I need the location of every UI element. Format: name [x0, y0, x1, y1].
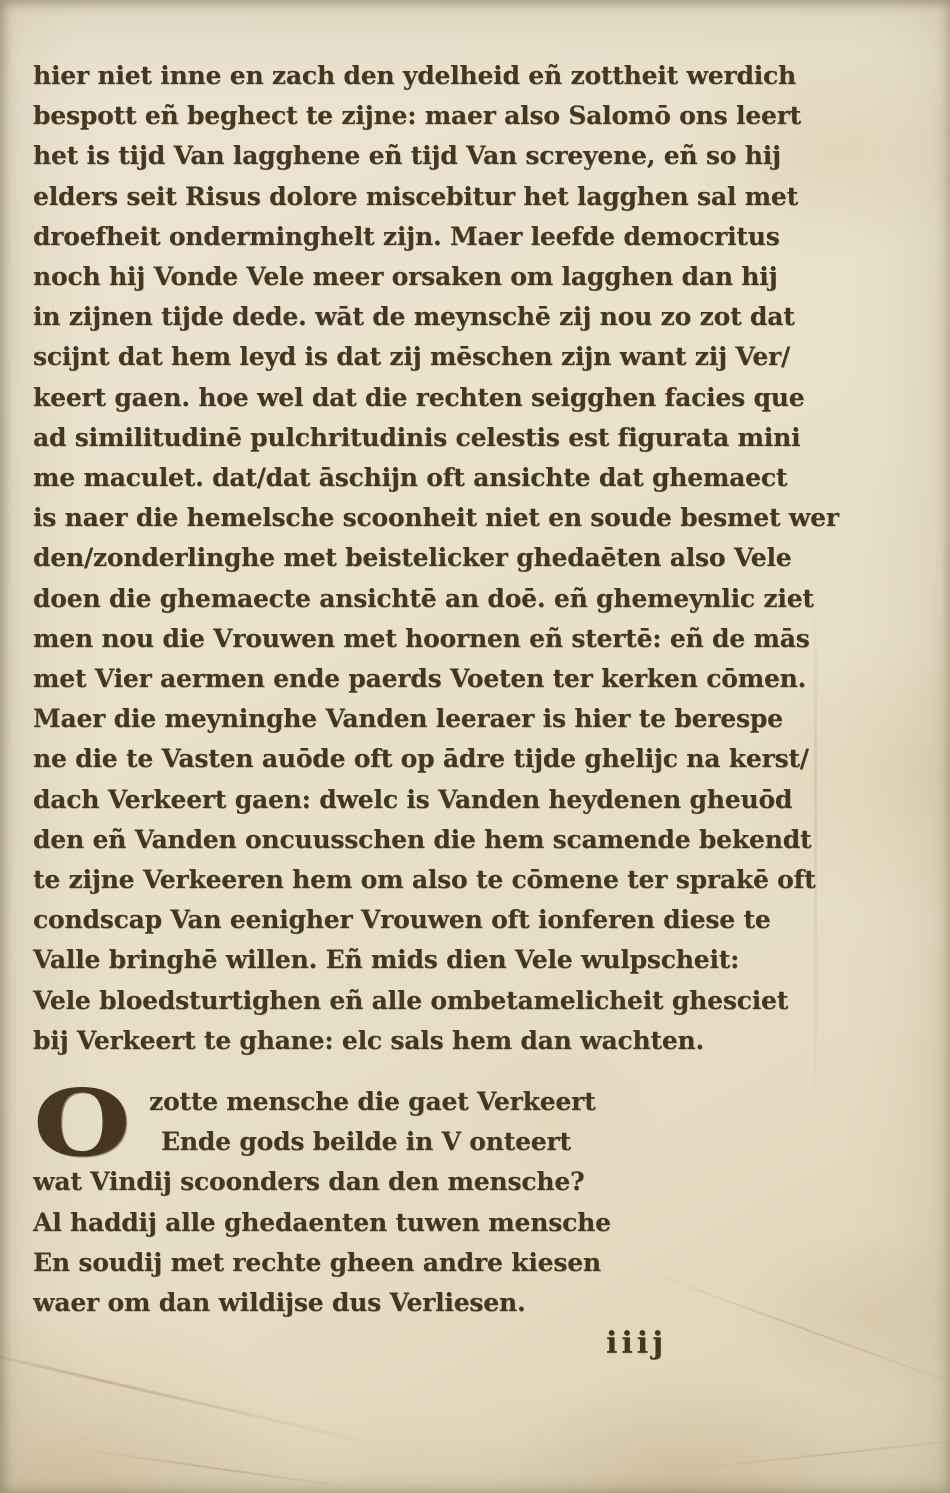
- text-line: dach Verkeert gaen: dwelc is Vanden heyd…: [33, 780, 783, 820]
- text-line: doen die ghemaecte ansichtē an doē. eñ g…: [33, 579, 783, 619]
- verse-line: Ende gods beilde in V onteert: [33, 1122, 783, 1162]
- text-line: ne die te Vasten auōde oft op ādre tijde…: [33, 739, 783, 779]
- parchment-page: hier niet inne en zach den ydelheid eñ z…: [0, 0, 950, 1493]
- text-line: met Vier aermen ende paerds Voeten ter k…: [33, 659, 783, 699]
- text-line: in zijnen tijde dede. wāt de meynschē zi…: [33, 297, 783, 337]
- text-line: droefheit onderminghelt zijn. Maer leefd…: [33, 217, 783, 257]
- text-line: Valle bringhē willen. Eñ mids dien Vele …: [33, 940, 783, 980]
- text-line: den eñ Vanden oncuusschen die hem scamen…: [33, 820, 783, 860]
- verse-line: En soudij met rechte gheen andre kiesen: [33, 1243, 783, 1283]
- text-line: ad similitudinē pulchritudinis celestis …: [33, 418, 783, 458]
- verse-line: waer om dan wildijse dus Verliesen.: [33, 1283, 783, 1323]
- signature-mark: iiij: [606, 1326, 667, 1361]
- drop-cap-initial: O: [33, 1084, 131, 1162]
- text-line: condscap Van eenigher Vrouwen oft ionfer…: [33, 900, 783, 940]
- text-line: bij Verkeert te ghane: elc sals hem dan …: [33, 1021, 783, 1061]
- text-line: het is tijd Van lagghene eñ tijd Van scr…: [33, 136, 783, 176]
- text-line: hier niet inne en zach den ydelheid eñ z…: [33, 56, 783, 96]
- text-line: den/zonderlinghe met beistelicker ghedaē…: [33, 538, 783, 578]
- text-block: hier niet inne en zach den ydelheid eñ z…: [33, 56, 783, 1323]
- verse-block: O zotte mensche die gaet Verkeert Ende g…: [33, 1082, 783, 1323]
- paper-crease: [0, 1343, 404, 1452]
- text-line: me maculet. dat/dat āschijn oft ansichte…: [33, 458, 783, 498]
- text-line: keert gaen. hoe wel dat die rechten seig…: [33, 378, 783, 418]
- text-line: elders seit Risus dolore miscebitur het …: [33, 177, 783, 217]
- text-line: is naer die hemelsche scoonheit niet en …: [33, 498, 783, 538]
- text-line: Vele bloedsturtighen eñ alle ombetamelic…: [33, 981, 783, 1021]
- text-line: bespott eñ beghect te zijne: maer also S…: [33, 96, 783, 136]
- text-line: te zijne Verkeeren hem om also te cōmene…: [33, 860, 783, 900]
- verse-line: zotte mensche die gaet Verkeert: [33, 1082, 783, 1122]
- text-line: scijnt dat hem leyd is dat zij mēschen z…: [33, 337, 783, 377]
- paper-crease: [701, 1437, 950, 1468]
- text-line: men nou die Vrouwen met hoornen eñ stert…: [33, 619, 783, 659]
- text-line: noch hij Vonde Vele meer orsaken om lagg…: [33, 257, 783, 297]
- paper-crease: [71, 1447, 368, 1491]
- verse-line: Al haddij alle ghedaenten tuwen mensche: [33, 1203, 783, 1243]
- text-line: Maer die meyninghe Vanden leeraer is hie…: [33, 699, 783, 739]
- verse-line: wat Vindij scoonders dan den mensche?: [33, 1162, 783, 1202]
